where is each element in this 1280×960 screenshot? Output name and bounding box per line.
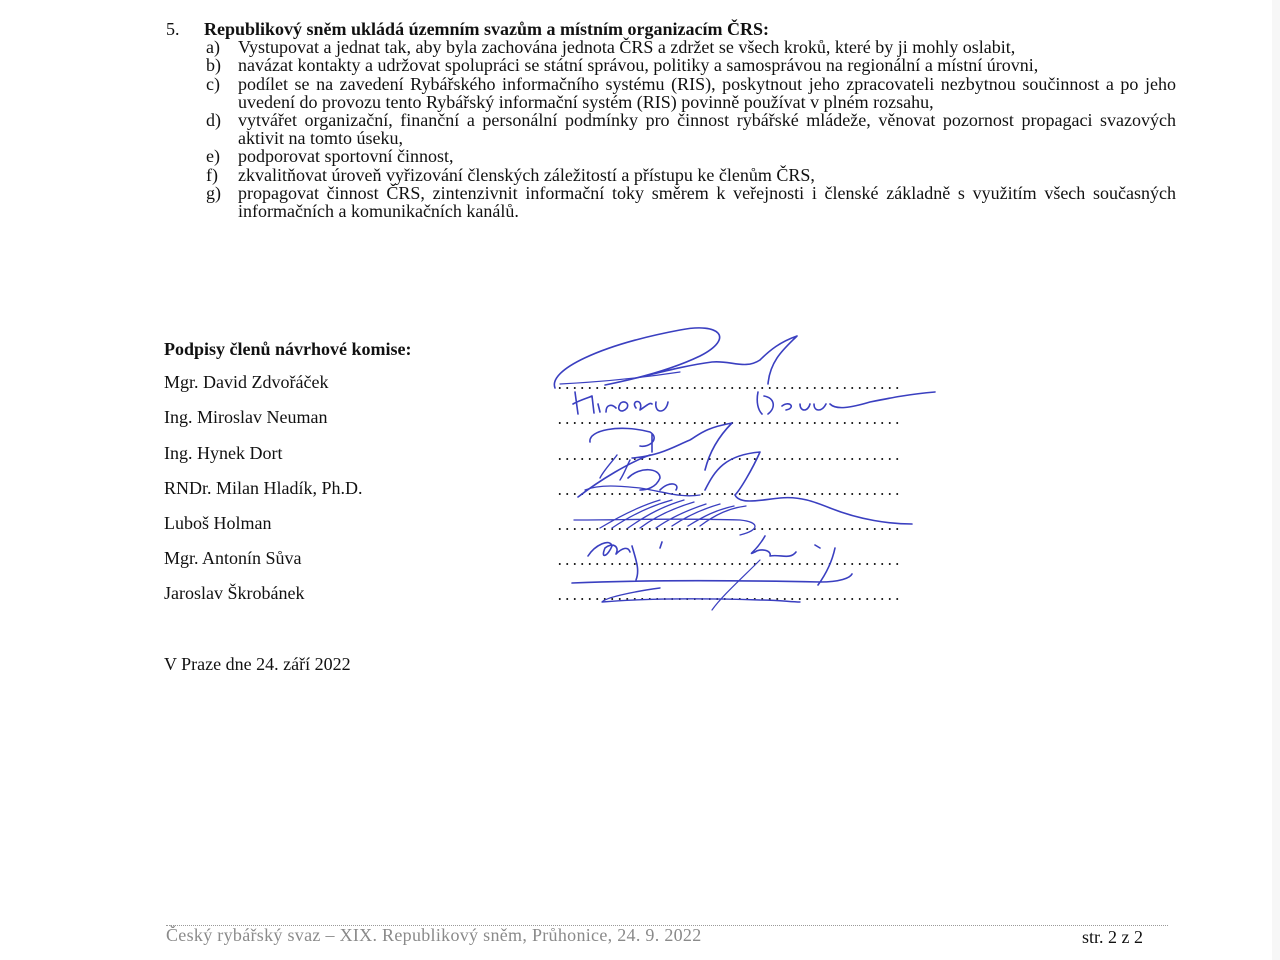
list-item: d) vytvářet organizační, finanční a pers… (166, 111, 1176, 147)
list-item-text: vytvářet organizační, finanční a personá… (238, 111, 1176, 147)
list-item-text: propagovat činnost ČRS, zintenzivnit inf… (238, 184, 1176, 220)
signature-line (556, 387, 901, 389)
list-item-text: podílet se na zavedení Rybářského inform… (238, 75, 1176, 111)
signature-line (556, 528, 901, 530)
list-item-letter: f) (206, 166, 238, 184)
signature-row: Mgr. Antonín Sůva (164, 548, 904, 570)
signature-line (556, 598, 901, 600)
signature-line (556, 458, 901, 460)
page-number: str. 2 z 2 (1082, 927, 1143, 948)
list-item: b) navázat kontakty a udržovat spoluprác… (166, 56, 1176, 74)
list-item: e) podporovat sportovní činnost, (166, 147, 1176, 165)
resolution-section: 5. Republikový sněm ukládá územním svazů… (166, 20, 1176, 220)
signature-row: Jaroslav Škrobánek (164, 583, 904, 605)
signature-row: RNDr. Milan Hladík, Ph.D. (164, 478, 904, 500)
footer-event-info: Český rybářský svaz – XIX. Republikový s… (166, 925, 702, 946)
page-edge (1272, 0, 1280, 960)
member-name: RNDr. Milan Hladík, Ph.D. (164, 478, 363, 499)
list-item-text: Vystupovat a jednat tak, aby byla zachov… (238, 38, 1176, 56)
list-item-text: navázat kontakty a udržovat spolupráci s… (238, 56, 1176, 74)
list-item-text: zkvalitňovat úroveň vyřizování členských… (238, 166, 1176, 184)
list-item: a) Vystupovat a jednat tak, aby byla zac… (166, 38, 1176, 56)
signature-line (556, 563, 901, 565)
signature-row: Ing. Miroslav Neuman (164, 407, 904, 429)
list-item-text: podporovat sportovní činnost, (238, 147, 1176, 165)
member-name: Mgr. Antonín Sůva (164, 548, 302, 569)
signature-row: Ing. Hynek Dort (164, 443, 904, 465)
list-item: f) zkvalitňovat úroveň vyřizování člensk… (166, 166, 1176, 184)
member-name: Jaroslav Škrobánek (164, 583, 304, 604)
list-item: g) propagovat činnost ČRS, zintenzivnit … (166, 184, 1176, 220)
list-item-letter: d) (206, 111, 238, 147)
member-name: Mgr. David Zdvořáček (164, 372, 328, 393)
signature-row: Luboš Holman (164, 513, 904, 535)
resolution-title: Republikový sněm ukládá územním svazům a… (204, 20, 769, 38)
resolution-list: a) Vystupovat a jednat tak, aby byla zac… (166, 38, 1176, 220)
resolution-number: 5. (166, 20, 204, 38)
list-item-letter: b) (206, 56, 238, 74)
list-item-letter: a) (206, 38, 238, 56)
signature-line (556, 422, 901, 424)
place-and-date: V Praze dne 24. září 2022 (164, 654, 351, 675)
list-item: c) podílet se na zavedení Rybářského inf… (166, 75, 1176, 111)
member-name: Ing. Hynek Dort (164, 443, 282, 464)
list-item-letter: e) (206, 147, 238, 165)
list-item-letter: c) (206, 75, 238, 111)
signatures-title: Podpisy členů návrhové komise: (164, 339, 412, 360)
signature-line (556, 493, 901, 495)
member-name: Luboš Holman (164, 513, 272, 534)
list-item-letter: g) (206, 184, 238, 220)
resolution-heading: 5. Republikový sněm ukládá územním svazů… (166, 20, 1176, 38)
signature-row: Mgr. David Zdvořáček (164, 372, 904, 394)
member-name: Ing. Miroslav Neuman (164, 407, 327, 428)
